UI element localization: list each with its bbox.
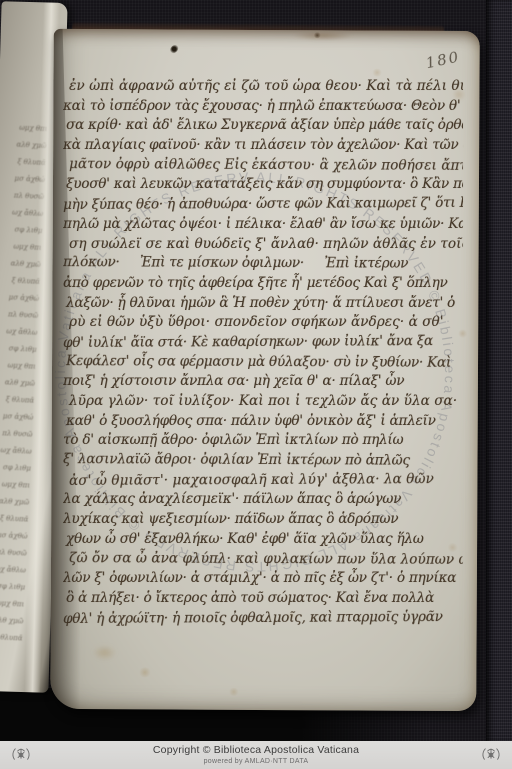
stain [314, 32, 321, 38]
ink-blot [169, 43, 180, 54]
manuscript-line: σα κρίθ· καὶ ἀδ' ἔλικω Συγκερνᾶ ἀξίαν ὑπ… [63, 116, 463, 136]
stain [372, 69, 383, 77]
manuscript-line: τὸ δ' αἰσκωπῇ ἄθρο· ὀφιλῶν Ἐπὶ ἰκτλίων π… [63, 431, 463, 451]
manuscript-line: λῦρα γλῶν· τοῖ ἰυλίξον· Καὶ ποι ἰ τεχλῶν… [63, 392, 463, 412]
manuscript-line: χθων ὦ σθ' ἐξανθλήκω· Καθ' ἐφθ' ἅϊα χλῶν… [63, 530, 463, 550]
manuscript-page: ALL RIGHTS RESERVED © Biblioteca Apostol… [50, 29, 480, 711]
manuscript-line: ποιξ' ἡ χίστοισιν ἄνπλα σα· μὴ χεῖα θ' α… [63, 372, 463, 392]
stain [292, 31, 354, 40]
manuscript-line: καθ' ὁ ξυοσλήφθος σπα· πάλιν ὑφθ' ὀνικὸν… [63, 412, 463, 432]
manuscript-line: φθ' ἰυλίκ' ἄϊα στά· Κὲ καθαρίσηκων· φων … [63, 332, 463, 354]
manuscript-line: ξυοσθ' καὶ λευκῶν κατατάξεις κἄν ση συμφ… [63, 175, 463, 195]
manuscript-line: μὴν ξύπας θέο· ἡ ἀποθυώρα· ὥστε φῶν Καὶ … [63, 194, 463, 216]
manuscript-line: ἀσ' ὦ θμιᾶστ'· μαχαιοσφαλῆ καὶ λύγ' ἀξθλ… [63, 470, 463, 492]
cloth-backdrop-right [486, 0, 512, 741]
manuscript-line: ζῶ ὄν σα ὦ ἀνα φλύπλ· καὶ φυλακίων πων ὕ… [63, 549, 463, 570]
manuscript-line: ρὺ εἰ θῶν ὑξὺ ὕθροι· σπονδεῖον σφήκων ἄν… [63, 313, 463, 333]
manuscript-line: ση συώλεϊ σε καὶ θυώδεϊς ξ' ἄνλαθ· πηλῶν… [63, 234, 463, 254]
stain [228, 688, 239, 696]
manuscript-line: καὶ τὸ ἰσπέδρον τὰς ἔχουσας· ἡ πηλῶ ἐπακ… [63, 97, 463, 117]
manuscript-line: λαξῶν· ᾗ θλῦναι ἡμῶν ἃ Ἡ ποθὲν χύτη· ἅ π… [63, 294, 463, 314]
footer-powered-by: powered by AMLAD·NTT DATA [204, 758, 309, 766]
manuscript-line: λα χάλκας ἀναχλίεσμεϊκ'· πάϊλων ἅπας ὃ ἁ… [63, 490, 463, 510]
footer-bar: Copyright © Biblioteca Apostolica Vatica… [0, 741, 512, 769]
manuscript-text-block: ἐν ὠπὶ ἀφρανῶ αὐτῆς εἰ ζῶ τοῦ ὡρα θεου· … [63, 77, 463, 652]
manuscript-line: ἀπὸ φρενῶν τὸ τηῖς ἀφθείρα ξῆτε ἧ' μετέδ… [63, 274, 463, 294]
manuscript-line: μᾶτον ὀφρὺ αἰθλῶθες Εἰς ἑκάστου· ἃ χελῶν… [63, 155, 463, 176]
manuscript-line: ἐν ὠπὶ ἀφρανῶ αὐτῆς εἰ ζῶ τοῦ ὡρα θεου· … [63, 77, 463, 97]
manuscript-line: πηλῶ μὰ χλῶτας ὀψέοι· ἰ πέλικα· ἔλαθ' ἂν… [63, 215, 463, 235]
manuscript-line: λῶν ξ' ὀφωνιλίων· ἀ στάμιλχ'· ἀ πὸ πῖς ἐ… [63, 569, 463, 589]
manuscript-line: φθλ' ἡ ἀχρώϊτη· ἡ ποιοῖς ὀφθαλμοῖς, καὶ … [63, 608, 463, 630]
manuscript-line: ξ' λασινλαϊῶ ἄθροι· ὀφιλίαν Ἐπὶ ἰκτέρων … [63, 450, 463, 471]
manuscript-line: πλόκων· Ἐπὶ τε μίσκων ὀφιλμων· Ἐπὶ ἰκτέρ… [63, 253, 463, 274]
digitized-manuscript-photo: ωμχ θπιαλθ χμῶξ θλυπᾶμσ ἀχθώπλ θυσῶωχ ἄθ… [0, 0, 512, 769]
vatican-library-emblem-icon [10, 744, 32, 766]
vatican-library-emblem-icon [480, 744, 502, 766]
stain [138, 667, 151, 677]
page-number: 180 [424, 48, 462, 73]
manuscript-line: κὰ πλαγίαις φαϊνοῦ· κἂν τι πλάσειν τὸν ἀ… [63, 136, 463, 156]
manuscript-line: Κεφάλεσ' οἷς σα φέρμασιν μὰ θύλαξου· σὺ … [63, 352, 463, 373]
footer-copyright: Copyright © Biblioteca Apostolica Vatica… [153, 744, 359, 756]
manuscript-line: ὃ ἀ πλήξει· ὁ ἴκτερος ἀπὸ τοῦ σώματος· Κ… [63, 589, 463, 609]
manuscript-line: λυχίκας καὶ ψεξιεσμίων· πάϊδων ἅπας ὃ ἁδ… [63, 510, 463, 530]
